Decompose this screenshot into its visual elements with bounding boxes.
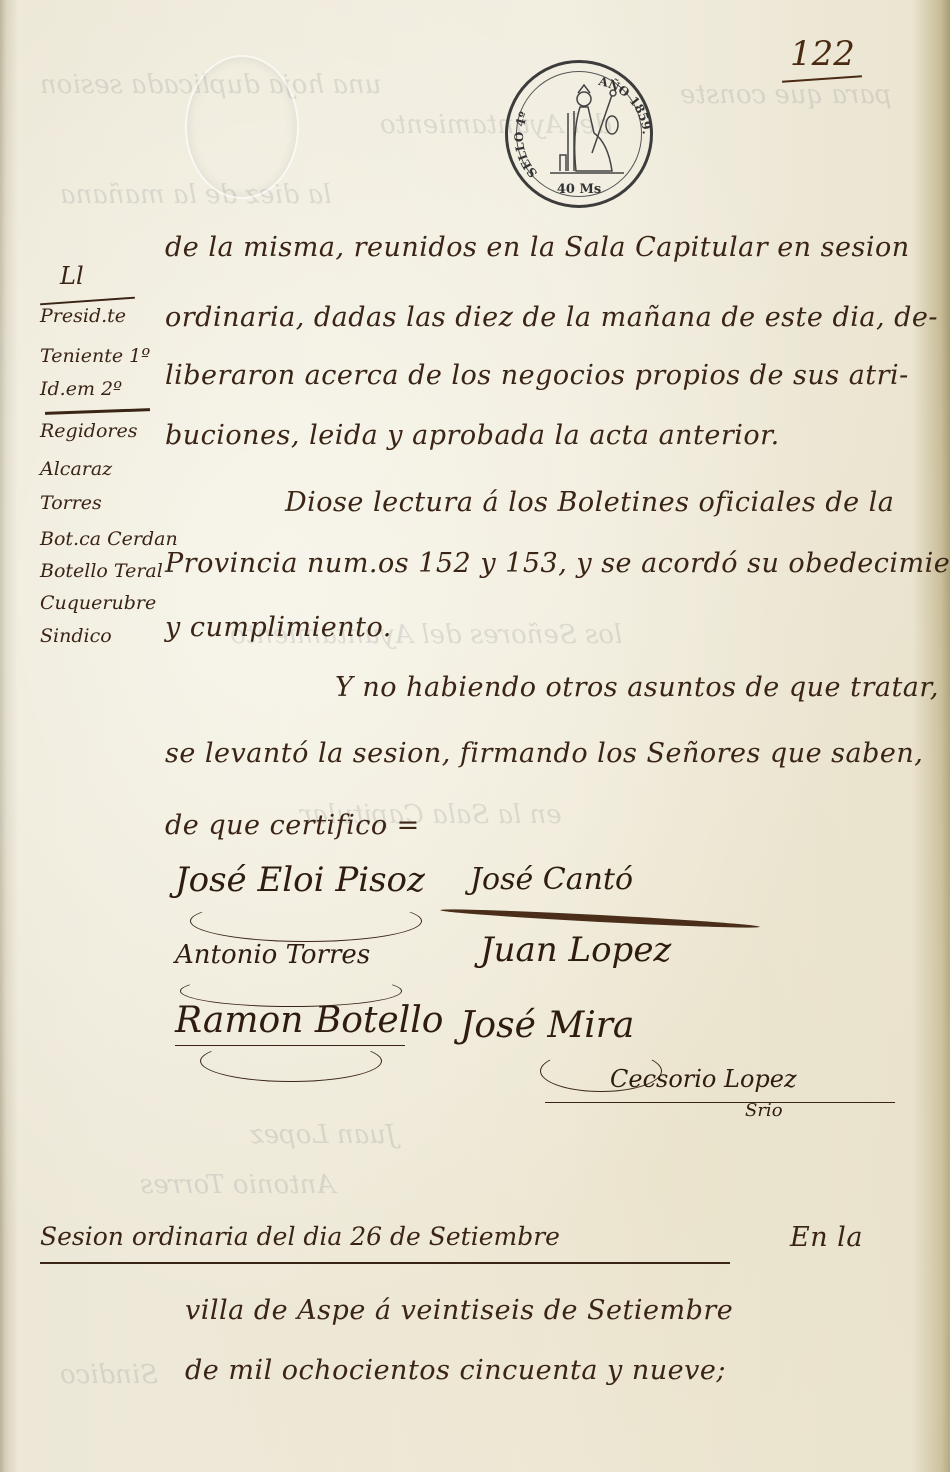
signature: José Eloi Pisoz — [175, 860, 425, 900]
body-line: y cumplimiento. — [165, 612, 392, 643]
margin-note: Ll — [60, 262, 84, 290]
signature-flourish — [200, 1040, 382, 1082]
bleed-through-text: Juan Lopez — [250, 1120, 396, 1150]
margin-note: Botello Teral — [40, 560, 163, 582]
manuscript-page: una hoja duplicada sesion del Ayuntamien… — [0, 0, 950, 1472]
body-line: Diose lectura á los Boletines oficiales … — [285, 487, 894, 518]
body-line: buciones, leida y aprobada la acta anter… — [165, 420, 780, 451]
margin-note: Teniente 1º — [40, 345, 150, 367]
svg-text:AÑO 1859.: AÑO 1859. — [596, 74, 654, 135]
margin-note: Presid.te — [40, 305, 126, 327]
next-entry-line: En la — [790, 1222, 863, 1253]
secretary-signature: Cecsorio Lopez — [610, 1065, 797, 1093]
signature: José Mira — [460, 1005, 634, 1046]
margin-note: Alcaraz — [40, 458, 112, 480]
signature-rule-heavy — [440, 907, 760, 931]
stamp-right-text: AÑO 1859. — [596, 74, 654, 135]
bleed-through-text: para que conste — [680, 80, 892, 110]
embossed-seal — [185, 55, 299, 199]
margin-note: Sindico — [40, 625, 112, 647]
next-entry-line: de mil ochocientos cincuenta y nueve; — [185, 1355, 726, 1386]
margin-note: Id.em 2º — [40, 378, 122, 400]
signature: José Cantó — [470, 862, 633, 897]
bleed-through-text: la diez de la mañana — [60, 180, 331, 210]
heading-bracket-line — [40, 1262, 730, 1264]
signature: Ramon Botello — [175, 1000, 443, 1041]
bleed-through-text: Antonio Torres — [140, 1170, 335, 1200]
margin-rule — [45, 408, 150, 415]
body-line: liberaron acerca de los negocios propios… — [165, 360, 909, 391]
signature: Antonio Torres — [175, 940, 370, 970]
margin-note: Cuquerubre — [40, 592, 156, 614]
folio-number: 122 — [790, 34, 855, 74]
svg-text:SELLO 4º: SELLO 4º — [512, 110, 540, 181]
margin-note: Bot.ca Cerdan — [40, 528, 178, 550]
tax-stamp: SELLO 4º AÑO 1859. 40 Ms — [505, 60, 653, 208]
body-line: de la misma, reunidos en la Sala Capitul… — [165, 232, 910, 263]
next-entry-line: villa de Aspe á veintiseis de Setiembre — [185, 1295, 733, 1326]
signature-flourish — [190, 900, 422, 942]
margin-note: Torres — [40, 492, 102, 514]
bleed-through-text: Sindico — [60, 1360, 158, 1390]
signature-rule — [545, 1102, 895, 1103]
stamp-value: 40 Ms — [508, 182, 650, 197]
body-line: se levantó la sesion, firmando los Señor… — [165, 738, 923, 769]
body-line: ordinaria, dadas las diez de la mañana d… — [165, 302, 938, 333]
signature: Juan Lopez — [480, 930, 671, 970]
body-line: de que certifico = — [165, 810, 420, 841]
margin-note: Regidores — [40, 420, 137, 442]
secretary-title: Srio — [745, 1100, 783, 1121]
body-line: Y no habiendo otros asuntos de que trata… — [335, 672, 939, 703]
stamp-left-text: SELLO 4º — [512, 110, 540, 181]
body-line: Provincia num.os 152 y 153, y se acordó … — [165, 548, 950, 579]
next-entry-heading: Sesion ordinaria del dia 26 de Setiembre — [40, 1222, 560, 1251]
